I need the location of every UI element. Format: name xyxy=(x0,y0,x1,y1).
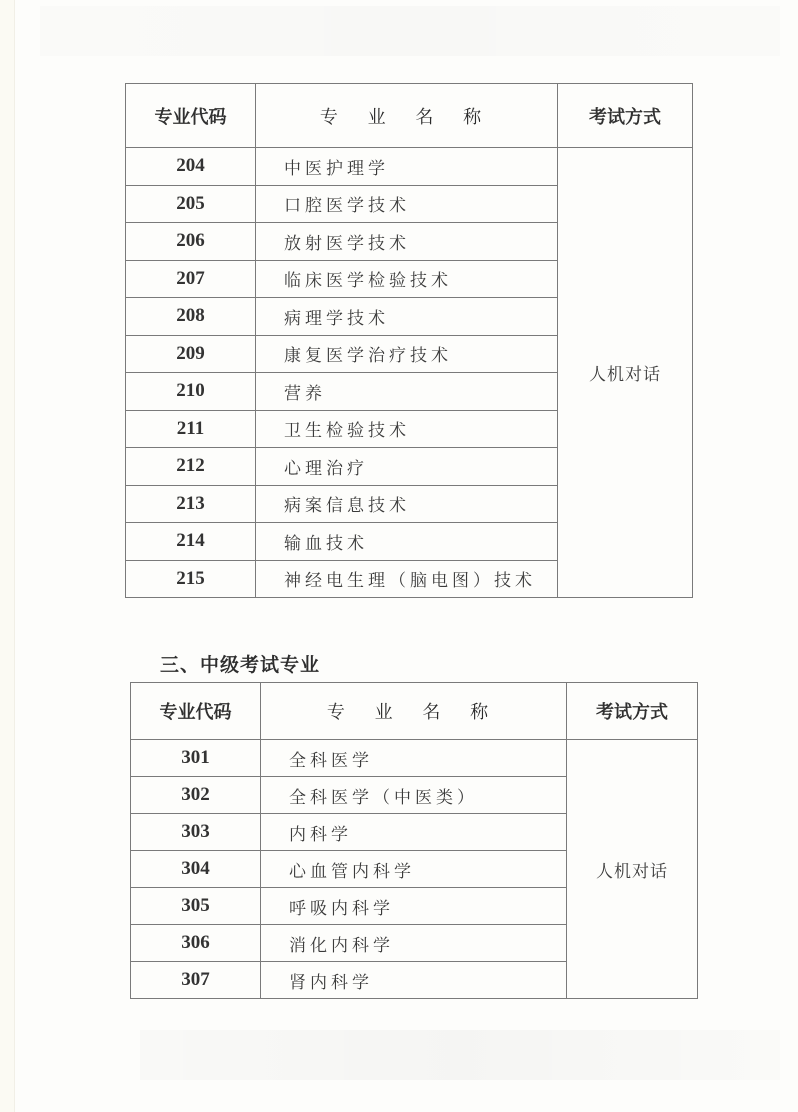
specialty-name: 心血管内科学 xyxy=(261,851,567,888)
specialty-name: 内科学 xyxy=(261,814,567,851)
specialty-name: 病理学技术 xyxy=(256,298,558,336)
specialty-code: 303 xyxy=(131,814,261,851)
specialty-name: 口腔医学技术 xyxy=(256,185,558,223)
specialty-code: 205 xyxy=(126,185,256,223)
specialty-name: 神经电生理（脑电图）技术 xyxy=(256,560,558,598)
table-header-row: 专业代码 专 业 名 称 考试方式 xyxy=(126,84,693,148)
specialty-code: 206 xyxy=(126,223,256,261)
specialty-name: 放射医学技术 xyxy=(256,223,558,261)
specialty-name: 全科医学（中医类） xyxy=(261,777,567,814)
header-code: 专业代码 xyxy=(126,84,256,148)
specialty-code: 214 xyxy=(126,523,256,561)
exam-method: 人机对话 xyxy=(558,148,693,598)
specialty-code: 307 xyxy=(131,962,261,999)
specialty-code: 302 xyxy=(131,777,261,814)
header-name: 专 业 名 称 xyxy=(261,683,567,740)
specialty-code: 215 xyxy=(126,560,256,598)
header-method: 考试方式 xyxy=(567,683,698,740)
table-row: 204 中医护理学 人机对话 xyxy=(126,148,693,186)
specialty-code: 208 xyxy=(126,298,256,336)
specialty-code: 301 xyxy=(131,740,261,777)
header-method: 考试方式 xyxy=(558,84,693,148)
header-name: 专 业 名 称 xyxy=(256,84,558,148)
specialty-name: 康复医学治疗技术 xyxy=(256,335,558,373)
page-edge xyxy=(0,0,15,1112)
exam-method: 人机对话 xyxy=(567,740,698,999)
specialty-code: 305 xyxy=(131,888,261,925)
specialty-code: 209 xyxy=(126,335,256,373)
specialty-name: 输血技术 xyxy=(256,523,558,561)
show-through-artifact xyxy=(140,1030,780,1080)
specialty-name: 临床医学检验技术 xyxy=(256,260,558,298)
specialty-code: 211 xyxy=(126,410,256,448)
specialty-name: 全科医学 xyxy=(261,740,567,777)
specialty-name: 消化内科学 xyxy=(261,925,567,962)
specialty-code: 204 xyxy=(126,148,256,186)
specialty-code: 210 xyxy=(126,373,256,411)
specialty-name: 呼吸内科学 xyxy=(261,888,567,925)
specialty-name: 营养 xyxy=(256,373,558,411)
specialty-name: 卫生检验技术 xyxy=(256,410,558,448)
specialty-code: 304 xyxy=(131,851,261,888)
specialty-table-intermediate: 专业代码 专 业 名 称 考试方式 301 全科医学 人机对话 302 全科医学… xyxy=(130,682,698,999)
table-row: 301 全科医学 人机对话 xyxy=(131,740,698,777)
specialty-name: 中医护理学 xyxy=(256,148,558,186)
specialty-table-primary: 专业代码 专 业 名 称 考试方式 204 中医护理学 人机对话 205 口腔医… xyxy=(125,83,693,598)
specialty-name: 病案信息技术 xyxy=(256,485,558,523)
section-heading: 三、中级考试专业 xyxy=(160,650,320,677)
specialty-name: 心理治疗 xyxy=(256,448,558,486)
show-through-artifact xyxy=(40,6,780,56)
specialty-code: 213 xyxy=(126,485,256,523)
table-header-row: 专业代码 专 业 名 称 考试方式 xyxy=(131,683,698,740)
specialty-name: 肾内科学 xyxy=(261,962,567,999)
specialty-code: 306 xyxy=(131,925,261,962)
specialty-code: 212 xyxy=(126,448,256,486)
header-code: 专业代码 xyxy=(131,683,261,740)
specialty-code: 207 xyxy=(126,260,256,298)
